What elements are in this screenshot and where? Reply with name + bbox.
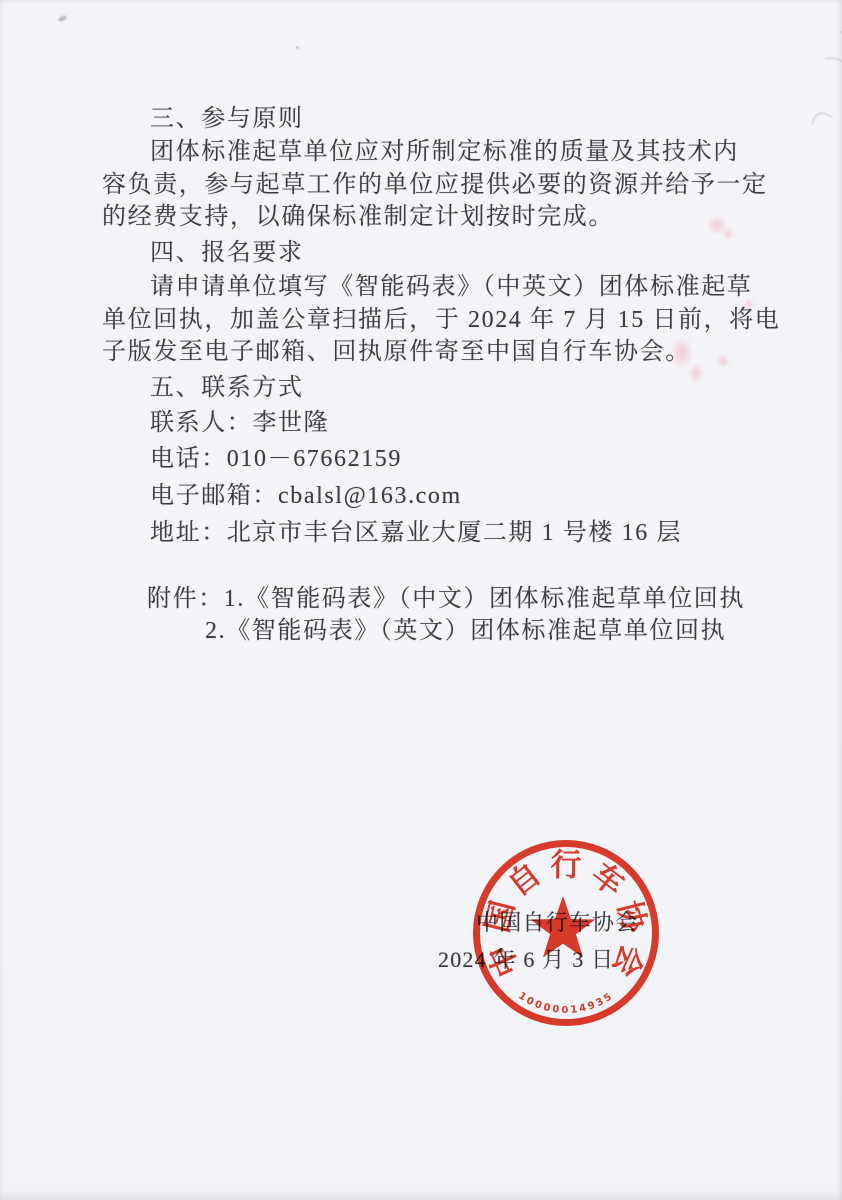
section-4-heading: 四、报名要求 [150, 232, 304, 267]
seal-serial-number: 1100000149359 [436, 803, 616, 1016]
scan-speck [296, 46, 299, 49]
attachment-line-2: 2.《智能码表》（英文）团体标准起草单位回执 [205, 610, 726, 645]
contact-person-line: 联系人：李世隆 [150, 402, 329, 437]
section-3-body-line-1: 团体标准起草单位应对所制定标准的质量及其技术内 [150, 131, 739, 166]
phone-line: 电话：010－67662159 [150, 438, 402, 473]
seal-org-char: 协 [611, 897, 653, 937]
star-icon [531, 896, 596, 958]
seal-org-char: 国 [479, 897, 520, 936]
svg-text:1100000149359: 1100000149359 [436, 803, 616, 1016]
section-3-heading: 三、参与原则 [150, 98, 304, 133]
bleed-through-mark [744, 298, 754, 310]
section-3-body-line-3: 的经费支持，以确保标准制定计划按时完成。 [102, 196, 614, 231]
email-line: 电子邮箱：cbalsl@163.com [150, 475, 462, 510]
section-5-heading: 五、联系方式 [150, 367, 304, 402]
attachment-line-1: 附件：1.《智能码表》（中文）团体标准起草单位回执 [147, 578, 745, 613]
section-4-body-line-2: 单位回执，加盖公章扫描后，于 2024 年 7 月 15 日前，将电 [102, 299, 780, 334]
address-line: 地址：北京市丰台区嘉业大厦二期 1 号楼 16 层 [150, 512, 682, 547]
section-4-body-line-3: 子版发至电子邮箱、回执原件寄至中国自行车协会。 [102, 331, 691, 366]
bleed-through-mark [688, 362, 704, 384]
official-seal: 中 国 自 行 车 协 会 1100000149359 [436, 803, 696, 1063]
section-3-body-line-2: 容负责，参与起草工作的单位应提供必要的资源并给予一定 [102, 164, 768, 199]
bleed-through-mark [722, 227, 734, 241]
bleed-through-mark [716, 354, 730, 368]
scan-smudge [800, 106, 842, 208]
seal-org-char: 行 [551, 848, 582, 883]
scanned-document-page: 三、参与原则 团体标准起草单位应对所制定标准的质量及其技术内 容负责，参与起草工… [0, 0, 842, 1200]
scan-speck [57, 14, 67, 22]
section-4-body-line-1: 请申请单位填写《智能码表》（中英文）团体标准起草 [150, 266, 752, 301]
